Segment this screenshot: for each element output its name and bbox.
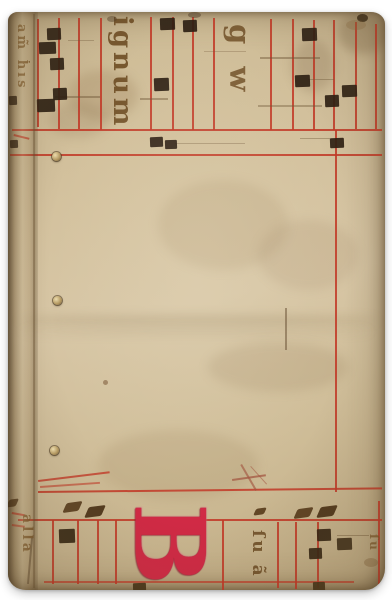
parchment-stain [258, 220, 358, 290]
neume-note [59, 529, 75, 544]
parchment-stain [208, 342, 348, 392]
neume-note [183, 20, 197, 32]
photo-background: B ignumg wam̃ ḣısallaſu ãſu [0, 0, 392, 600]
neume-note [150, 137, 163, 147]
staff-line-h [10, 154, 382, 156]
staff-line-v [172, 17, 174, 130]
staff-line-h [12, 129, 382, 131]
neume-note [165, 140, 177, 149]
spine-red-tick [14, 134, 30, 139]
initial-B-glyph: B [121, 503, 217, 584]
edge-text-su: ſu [368, 534, 380, 552]
neume-note [295, 75, 310, 88]
neume-note [39, 42, 56, 55]
neume-note [10, 140, 18, 148]
neume-note [62, 501, 82, 513]
spine-text-bottom: alla [20, 514, 34, 555]
spine-text-top: am̃ ḣıs [15, 24, 28, 90]
neume-note [313, 582, 325, 590]
neume-note [9, 96, 17, 105]
staff-line-v [270, 19, 272, 130]
neume-note [293, 507, 313, 519]
staff-line-v [78, 18, 80, 129]
neume-note [133, 583, 146, 590]
staff-line-h [38, 471, 110, 481]
smudge [364, 558, 378, 567]
neume-note [337, 538, 352, 551]
staff-line-h [40, 482, 100, 488]
pencil-line [175, 143, 245, 144]
staff-line-v [150, 17, 152, 130]
manuscript-text-gw: g w [225, 24, 254, 97]
staff-line-v [97, 520, 99, 584]
staff-line-v [333, 20, 335, 130]
neume-note [8, 498, 19, 507]
binding-stud [53, 296, 62, 305]
neume-note [84, 505, 106, 518]
pencil-line [140, 98, 168, 100]
neume-note [309, 548, 322, 559]
illuminated-initial-B: B [112, 498, 226, 590]
neume-note [330, 138, 344, 148]
pencil-line [300, 138, 330, 139]
smudge [188, 12, 201, 18]
neume-note [316, 505, 338, 518]
manuscript-text-su-a: ſu ã [249, 530, 266, 579]
neume-note [325, 95, 339, 107]
neume-note [302, 28, 317, 42]
neume-note [53, 88, 67, 100]
staff-line-v [100, 18, 102, 130]
pencil-line [308, 79, 334, 80]
staff-line-v [52, 520, 54, 584]
pencil-line [260, 57, 320, 59]
neume-note [37, 99, 55, 113]
smudge [107, 16, 117, 22]
neume-note [50, 58, 64, 70]
neume-note [154, 78, 169, 92]
staff-line-v [295, 522, 297, 589]
binding-stud [52, 152, 61, 161]
staff-line-v [77, 520, 79, 584]
parchment-stain [20, 329, 372, 334]
pencil-line [68, 40, 94, 41]
staff-line-v [277, 522, 279, 588]
staff-line-v [375, 24, 377, 129]
parchment-stain [18, 316, 378, 324]
pencil-line [258, 105, 322, 107]
spine-fold-line [33, 14, 35, 588]
neume-note [342, 85, 357, 98]
manuscript-book-cover: B ignumg wam̃ ḣısallaſu ãſu [8, 12, 385, 590]
pencil-line [337, 535, 369, 536]
staff-line-v [292, 19, 294, 130]
neume-note [47, 28, 61, 40]
manuscript-text-ignum: ignum [109, 16, 135, 129]
neume-note [160, 18, 175, 31]
staff-line-v [355, 22, 357, 129]
staff-line-v-long [335, 130, 337, 492]
staff-line-v [192, 17, 194, 130]
staff-line-v [213, 18, 215, 130]
corner-fold-shadow [346, 20, 366, 30]
neume-note [317, 529, 331, 541]
smudge [103, 380, 108, 385]
crease-mark [285, 308, 287, 350]
neume-note [253, 507, 267, 515]
binding-stud [50, 446, 59, 455]
